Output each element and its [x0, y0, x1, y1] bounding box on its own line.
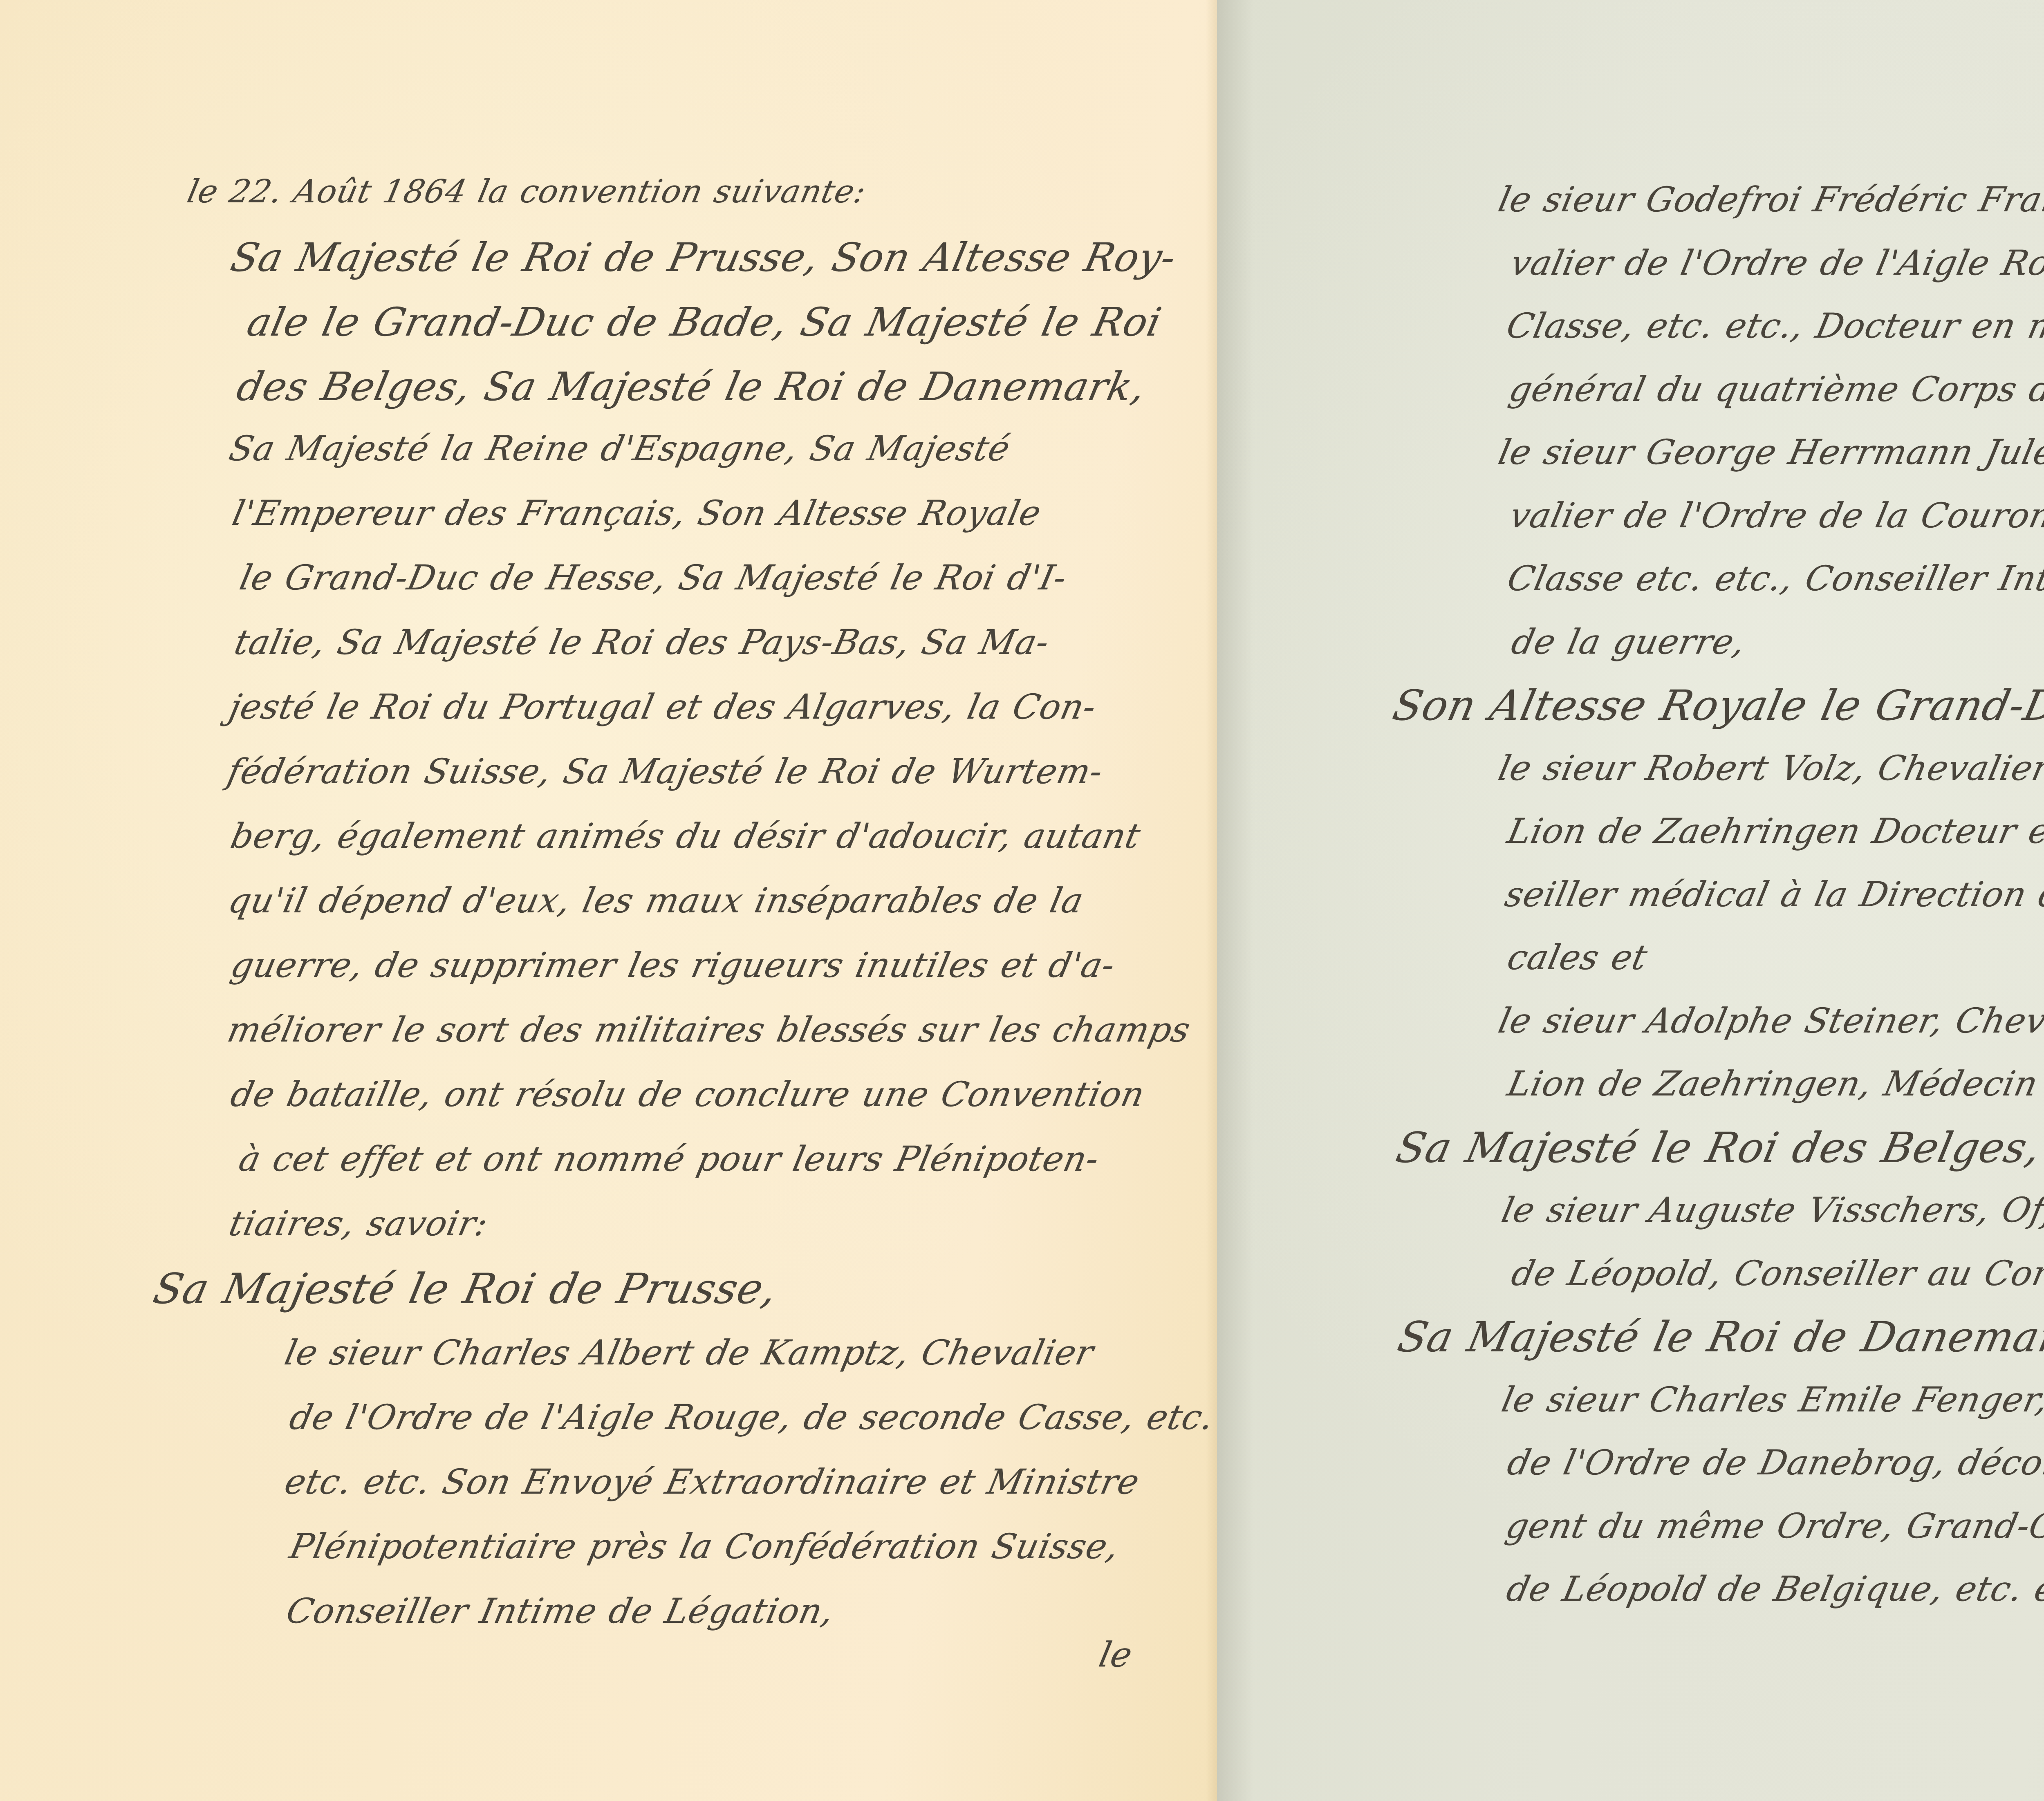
manuscript-heading: Sa Majesté le Roi de Prusse,	[149, 1265, 782, 1313]
manuscript-line: talie, Sa Majesté le Roi des Pays-Bas, S…	[231, 623, 1053, 662]
manuscript-line: cales et	[1504, 938, 1651, 977]
manuscript-line: le sieur Auguste Visschers, Officier de …	[1498, 1190, 2044, 1230]
manuscript-heading: Son Altesse Royale le Grand-Duc de Bade,	[1389, 682, 2044, 730]
page-right: 2 le sieur Godefroi Frédéric François Lo…	[1217, 0, 2044, 1801]
manuscript-line: tiaires, savoir:	[226, 1204, 492, 1243]
manuscript-line: gent du même Ordre, Grand-Croix de l'Ord…	[1502, 1506, 2044, 1546]
manuscript-line: Plénipotentiaire près la Confédération S…	[286, 1527, 1123, 1566]
manuscript-line: le sieur Adolphe Steiner, Chevalier de l…	[1495, 1001, 2044, 1041]
manuscript-line: de bataille, ont résolu de conclure une …	[227, 1075, 1148, 1114]
manuscript-line: à cet effet et ont nommé pour leurs Plén…	[235, 1139, 1103, 1179]
manuscript-line: le sieur Charles Emile Fenger, Commandeu…	[1498, 1380, 2044, 1420]
catchword: le	[1096, 1635, 1136, 1675]
manuscript-line: des Belges, Sa Majesté le Roi de Danemar…	[233, 364, 1150, 409]
page-left: le 22. Août 1864 la convention suivante:…	[0, 0, 1217, 1801]
manuscript-line: Classe etc. etc., Conseiller Intime du M…	[1504, 559, 2044, 598]
manuscript-line: Classe, etc. etc., Docteur en médecine, …	[1503, 306, 2044, 346]
manuscript-line: Lion de Zaehringen Docteur en médecine, …	[1504, 811, 2044, 851]
manuscript-line: jesté le Roi du Portugal et des Algarves…	[226, 687, 1100, 727]
manuscript-line: méliorer le sort des militaires blessés …	[224, 1010, 1194, 1050]
manuscript-line: de l'Ordre de Danebrog, décoré de la Cro…	[1504, 1443, 2044, 1483]
manuscript-line: le sieur Robert Volz, Chevalier de l'Ord…	[1495, 748, 2044, 788]
manuscript-heading: Sa Majesté le Roi de Danemark,	[1394, 1313, 2044, 1361]
manuscript-line: seiller médical à la Direction des Affai…	[1502, 875, 2044, 914]
manuscript-line: Conseiller Intime de Légation,	[283, 1591, 838, 1631]
manuscript-line: l'Empereur des Français, Son Altesse Roy…	[229, 493, 1045, 533]
manuscript-line: de l'Ordre de l'Aigle Rouge, de seconde …	[286, 1398, 1217, 1437]
manuscript-spread: le 22. Août 1864 la convention suivante:…	[0, 0, 2044, 1801]
manuscript-line: Lion de Zaehringen, Médecin major;	[1504, 1064, 2044, 1104]
manuscript-line: le sieur Charles Albert de Kamptz, Cheva…	[281, 1333, 1097, 1373]
manuscript-line: général du quatrième Corps d'Armée, et	[1506, 370, 2044, 409]
manuscript-line: de Léopold de Belgique, etc. etc., Son C…	[1503, 1569, 2044, 1609]
manuscript-line: ale le Grand-Duc de Bade, Sa Majesté le …	[243, 300, 1165, 345]
manuscript-line: le sieur Godefroi Frédéric François Loef…	[1495, 180, 2044, 220]
manuscript-line: qu'il dépend d'eux, les maux inséparable…	[225, 881, 1087, 921]
manuscript-line: fédération Suisse, Sa Majesté le Roi de …	[224, 752, 1107, 791]
manuscript-line: le 22. Août 1864 la convention suivante:	[184, 174, 869, 211]
manuscript-line: valier de l'Ordre de l'Aigle Rouge de tr…	[1507, 243, 2044, 283]
manuscript-line: berg, également animés du désir d'adouci…	[227, 816, 1144, 856]
manuscript-line: de la guerre,	[1508, 622, 1749, 662]
manuscript-line: le Grand-Duc de Hesse, Sa Majesté le Roi…	[236, 558, 1071, 598]
manuscript-line: Sa Majesté la Reine d'Espagne, Sa Majest…	[226, 429, 1014, 468]
manuscript-line: Sa Majesté le Roi de Prusse, Son Altesse…	[227, 235, 1180, 280]
manuscript-line: etc. etc. Son Envoyé Extraordinaire et M…	[281, 1462, 1143, 1502]
manuscript-line: valier de l'Ordre de la Couronne de troi…	[1506, 496, 2044, 535]
manuscript-line: guerre, de supprimer les rigueurs inutil…	[227, 945, 1118, 985]
manuscript-line: le sieur George Herrmann Jules Ritter, C…	[1495, 432, 2044, 472]
manuscript-heading: Sa Majesté le Roi des Belges,	[1392, 1124, 2044, 1172]
manuscript-line: de Léopold, Conseiller au Conseil des Mi…	[1508, 1254, 2044, 1293]
